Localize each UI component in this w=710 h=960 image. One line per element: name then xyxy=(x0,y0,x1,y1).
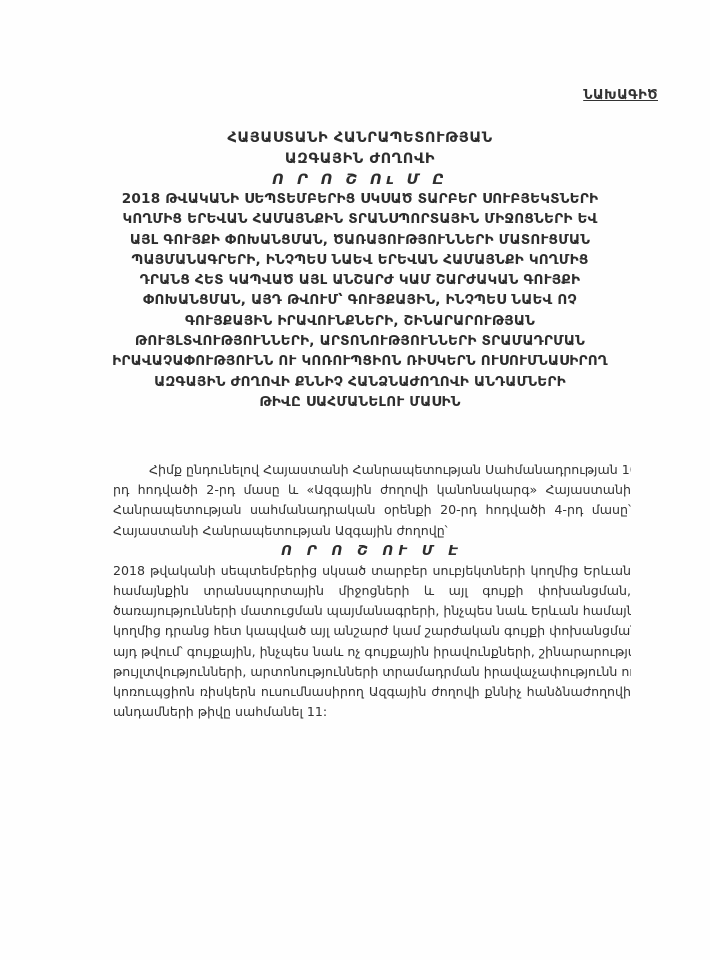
title-line: ԱԶԳԱՅԻՆ ԺՈՂՈՎԻ ՔՆՆԻՉ ՀԱՆՁՆԱԺՈՂՈՎԻ ԱՆԴԱՄՆ… xyxy=(100,372,620,392)
title-line: ՊԱՅՄԱՆԱԳՐԵՐԻ, ԻՆՉՊԵՍ ՆԱԵՎ ԵՐԵՎԱՆ ՀԱՄԱՅՆՔ… xyxy=(100,250,620,270)
title-line: ԻՐԱՎԱՉԱՓՈՒԹՅՈՒՆՆ ՈՒ ԿՈՌՈՒՊՑԻՈՆ ՌԻՍԿԵՐՆ Ո… xyxy=(100,351,620,371)
decision-line: անդամների թիվը սահմանել 11: xyxy=(113,702,631,722)
decides-heading: Ո Ր Ո Շ ՈՒ Մ Է xyxy=(113,541,631,561)
title-line: ՓՈԽԱՆՑՄԱՆ, ԱՅԴ ԹՎՈՒՄ՝ ԳՈՒՅՔԱՅԻՆ, ԻՆՉՊԵՍ … xyxy=(100,290,620,310)
decision-line: կոռուպցիոն ռիսկերն ուսումնասիրող Ազգային… xyxy=(113,682,631,702)
decision-title: 2018 ԹՎԱԿԱՆԻ ՍԵՊՏԵՄԲԵՐԻՑ ՍԿՍԱԾ ՏԱՐԲԵՐ ՍՈ… xyxy=(100,189,620,412)
title-line: ԿՈՂՄԻՑ ԵՐԵՎԱՆ ՀԱՄԱՅՆՔԻՆ ՏՐԱՆՍՊՈՐՏԱՅԻՆ ՄԻ… xyxy=(100,209,620,229)
document-heading: ՀԱՅԱՍՏԱՆԻ ՀԱՆՐԱՊԵՏՈՒԹՅԱՆ ԱԶԳԱՅԻՆ ԺՈՂՈՎԻ … xyxy=(60,128,660,191)
decision-line: կողմից դրանց հետ կապված այլ անշարժ կամ շ… xyxy=(113,621,631,641)
preamble-line: Հանրապետության սահմանադրական օրենքի 20-ր… xyxy=(113,500,631,520)
decision-line: այդ թվում՝ գույքային, ինչպես նաև ոչ գույ… xyxy=(113,642,631,662)
title-line: ԹՈՒՅԼՏՎՈՒԹՅՈՒՆՆԵՐԻ, ԱՐՏՈՆՈՒԹՅՈՒՆՆԵՐԻ ՏՐԱ… xyxy=(100,331,620,351)
title-line: ԱՅԼ ԳՈՒՅՔԻ ՓՈԽԱՆՑՄԱՆ, ԾԱՌԱՅՈՒԹՅՈՒՆՆԵՐԻ Մ… xyxy=(100,230,620,250)
decision-line: 2018 թվականի սեպտեմբերից սկսած տարբեր սո… xyxy=(113,561,631,581)
document-page: ՆԱԽԱԳԻԾ ՀԱՅԱՍՏԱՆԻ ՀԱՆՐԱՊԵՏՈՒԹՅԱՆ ԱԶԳԱՅԻՆ… xyxy=(0,0,710,960)
title-line: ԴՐԱՆՑ ՀԵՏ ԿԱՊՎԱԾ ԱՅԼ ԱՆՇԱՐԺ ԿԱՄ ՇԱՐԺԱԿԱՆ… xyxy=(100,270,620,290)
title-line: ԹԻՎԸ ՍԱՀՄԱՆԵԼՈՒ ՄԱՍԻՆ xyxy=(100,392,620,412)
heading-republic: ՀԱՅԱՍՏԱՆԻ ՀԱՆՐԱՊԵՏՈՒԹՅԱՆ xyxy=(60,128,660,149)
decision-line: համայնքին տրանսպորտային միջոցների և այլ … xyxy=(113,581,631,601)
decision-paragraph: 2018 թվականի սեպտեմբերից սկսած տարբեր սո… xyxy=(113,561,631,723)
decision-line: թույլտվությունների, արտոնությունների տրա… xyxy=(113,662,631,682)
preamble-paragraph: Հիմք ընդունելով Հայաստանի Հանրապետության… xyxy=(113,460,631,541)
title-line: ԳՈՒՅՔԱՅԻՆ ԻՐԱՎՈՒՆՔՆԵՐԻ, ՇԻՆԱՐԱՐՈՒԹՅԱՆ xyxy=(100,311,620,331)
preamble-line: Հիմք ընդունելով Հայաստանի Հանրապետության… xyxy=(113,460,631,480)
heading-decision: Ո Ր Ո Շ Ու Մ Ը xyxy=(60,170,660,191)
preamble-line: Հայաստանի Հանրապետության Ազգային ժողովը՝ xyxy=(113,521,631,541)
draft-label: ՆԱԽԱԳԻԾ xyxy=(583,88,658,103)
document-body: Հիմք ընդունելով Հայաստանի Հանրապետության… xyxy=(113,460,631,722)
decision-line: ծառայությունների մատուցման պայմանագրերի,… xyxy=(113,601,631,621)
heading-national-assembly: ԱԶԳԱՅԻՆ ԺՈՂՈՎԻ xyxy=(60,149,660,170)
preamble-line: րդ հոդվածի 2-րդ մասը և «Ազգային ժողովի կ… xyxy=(113,480,631,500)
title-line: 2018 ԹՎԱԿԱՆԻ ՍԵՊՏԵՄԲԵՐԻՑ ՍԿՍԱԾ ՏԱՐԲԵՐ ՍՈ… xyxy=(100,189,620,209)
